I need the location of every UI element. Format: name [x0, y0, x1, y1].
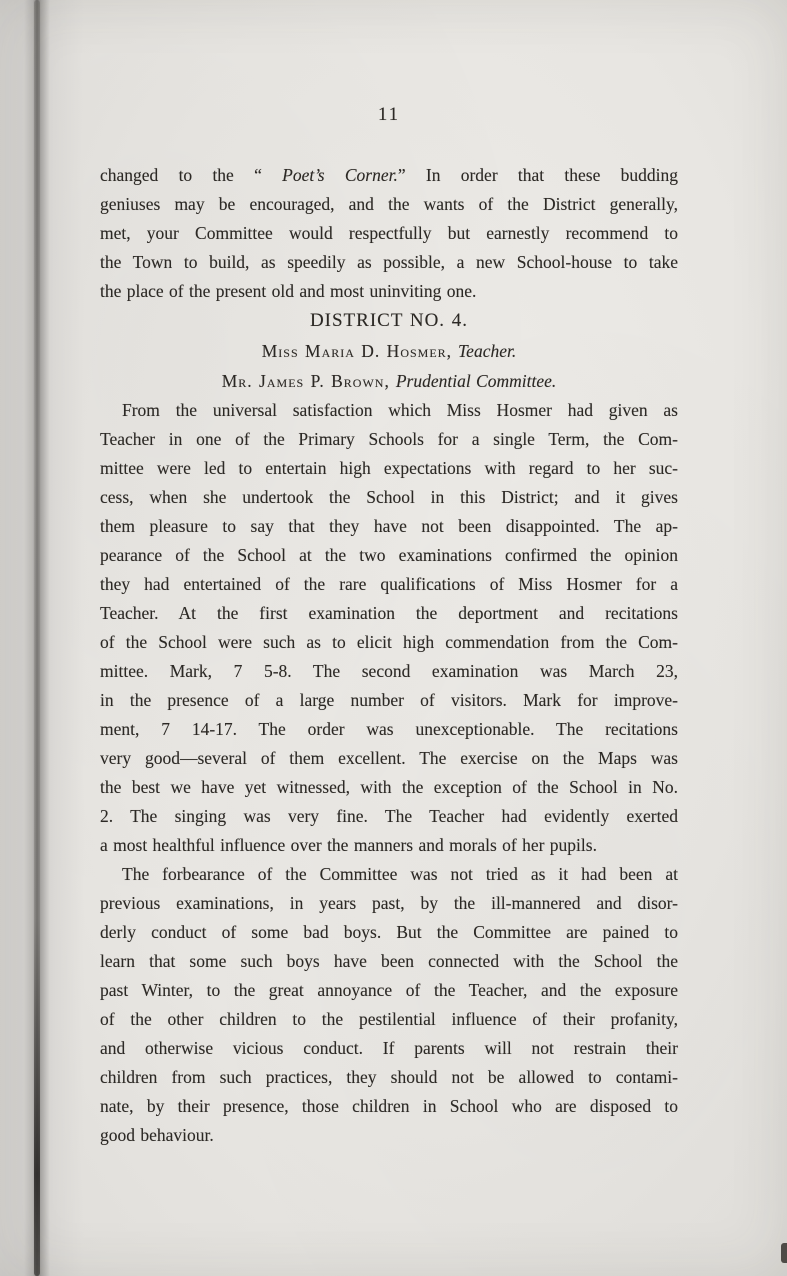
- text-line: good behaviour.: [100, 1121, 678, 1150]
- text-line: children from such practices, they shoul…: [100, 1063, 678, 1092]
- text-line: mittee. Mark, 7 5-8. The second examinat…: [100, 657, 678, 686]
- text-line: 2. The singing was very fine. The Teache…: [100, 802, 678, 831]
- text-line: cess, when she undertook the School in t…: [100, 483, 678, 512]
- text-line: previous examinations, in years past, by…: [100, 889, 678, 918]
- page-number: 11: [100, 104, 678, 126]
- text-line: them pleasure to say that they have not …: [100, 512, 678, 541]
- page-gutter-shadow: [0, 0, 84, 1276]
- teacher-role: Teacher.: [458, 341, 516, 361]
- text-line: Teacher in one of the Primary Schools fo…: [100, 425, 678, 454]
- byline-committee: Mr. James P. Brown,Prudential Committee.: [100, 366, 678, 396]
- paragraph-conduct: The forbearance of the Committee was not…: [100, 860, 678, 1150]
- text-line: The forbearance of the Committee was not…: [100, 860, 678, 889]
- text-line: derly conduct of some bad boys. But the …: [100, 918, 678, 947]
- text-line: changed to the “ Poet’s Corner.” In orde…: [100, 161, 678, 190]
- text-line: a most healthful influence over the mann…: [100, 831, 678, 860]
- committee-name: Mr. James P. Brown,: [222, 371, 390, 391]
- text-line: the Town to build, as speedily as possib…: [100, 248, 678, 277]
- text-line: past Winter, to the great annoyance of t…: [100, 976, 678, 1005]
- text-line: they had entertained of the rare qualifi…: [100, 570, 678, 599]
- text-line: nate, by their presence, those children …: [100, 1092, 678, 1121]
- district-heading: DISTRICT NO. 4.: [100, 306, 678, 336]
- text-line: met, your Committee would respectfully b…: [100, 219, 678, 248]
- text-line: of the other children to the pestilentia…: [100, 1005, 678, 1034]
- text-line: Teacher. At the first examination the de…: [100, 599, 678, 628]
- binding-crease: [34, 0, 40, 1276]
- text-line: and otherwise vicious conduct. If parent…: [100, 1034, 678, 1063]
- committee-role: Prudential Committee.: [396, 371, 556, 391]
- text-line: very good—several of them excellent. The…: [100, 744, 678, 773]
- text-line: of the School were such as to elicit hig…: [100, 628, 678, 657]
- scanned-page: 11 changed to the “ Poet’s Corner.” In o…: [0, 0, 787, 1276]
- page-content: 11 changed to the “ Poet’s Corner.” In o…: [100, 104, 678, 1150]
- paragraph-report: From the universal satisfaction which Mi…: [100, 396, 678, 860]
- teacher-name: Miss Maria D. Hosmer,: [262, 341, 452, 361]
- byline-teacher: Miss Maria D. Hosmer,Teacher.: [100, 336, 678, 366]
- text-line: in the presence of a large number of vis…: [100, 686, 678, 715]
- paragraph-continuation: changed to the “ Poet’s Corner.” In orde…: [100, 161, 678, 306]
- text-line: the place of the present old and most un…: [100, 277, 678, 306]
- text-line: From the universal satisfaction which Mi…: [100, 396, 678, 425]
- text-line: ment, 7 14-17. The order was unexception…: [100, 715, 678, 744]
- text-line: geniuses may be encouraged, and the want…: [100, 190, 678, 219]
- text-line: mittee were led to entertain high expect…: [100, 454, 678, 483]
- scan-edge-artifact: [781, 1243, 787, 1263]
- text-line: pearance of the School at the two examin…: [100, 541, 678, 570]
- text-line: the best we have yet witnessed, with the…: [100, 773, 678, 802]
- text-line: learn that some such boys have been conn…: [100, 947, 678, 976]
